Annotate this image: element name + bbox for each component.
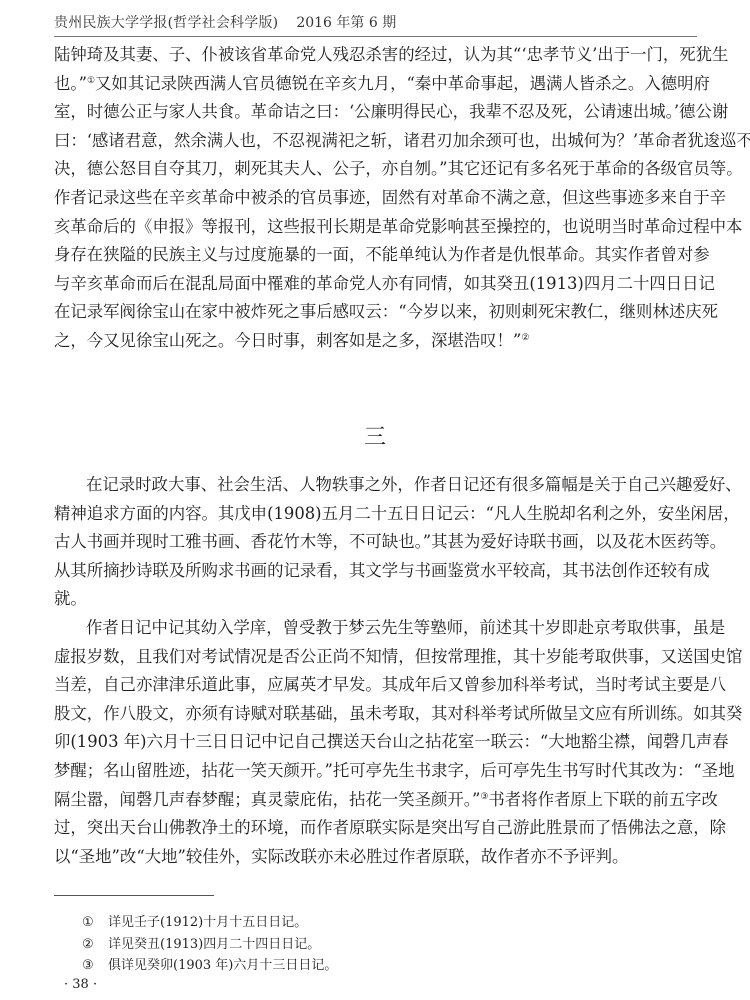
text-line: 室，时德公正与家人共食。革命诘之曰：‘公廉明得民心，我辈不忍及死，公请速出城。’… [54, 102, 697, 122]
text-line: 在记录时政大事、社会生活、人物轶事之外，作者日记还有很多篇幅是关于自己兴趣爱好、 [86, 475, 697, 495]
text-line: 就。 [54, 589, 697, 609]
text-line: 虚报岁数，且我们对考试情况是否公正尚不知情，但按常理推，其十岁能考取供事，又送国… [54, 647, 697, 667]
footnote-ref[interactable]: ③ [480, 792, 488, 802]
footnote-item: ①详见壬子(1912)十月十五日日记。 [82, 914, 307, 932]
text-line: 从其所摘抄诗联及所购求书画的记录看，其文学与书画鉴赏水平较高，其书法创作还较有成 [54, 561, 697, 581]
text-line: 梦醒；名山留胜迹，拈花一笑天颜开。”托可亭先生书隶字，后可亭先生书写时代其改为：… [54, 761, 697, 781]
footnote-mark: ③ [82, 957, 108, 975]
text-line: 之，今又见徐宝山死之。今日时事，刺客如是之多，深堪浩叹！”② [54, 331, 697, 351]
header-divider [54, 36, 697, 37]
text-line: 股文，作八股文，亦须有诗赋对联基础，虽未考取，其对科举考试所做呈文应有所训练。如… [54, 704, 697, 724]
footnote-ref[interactable]: ① [87, 76, 95, 86]
text-line: 作者记录这些在辛亥革命中被杀的官员事迹，固然有对革命不满之意，但这些事迹多来自于… [54, 188, 697, 208]
page-number: · 38 · [64, 977, 97, 992]
text-line: 精神追求方面的内容。其戊申(1908)五月二十五日日记云：“凡人生脱却名利之外，… [54, 504, 697, 524]
text-line: 曰：‘感诸君意，然余满人也，不忍视满祀之斩，诸君刃加余颈可也，出城何为？’革命者… [54, 131, 697, 151]
text-line: 亥革命后的《申报》等报刊，这些报刊长期是革命党影响甚至操控的，也说明当时革命过程… [54, 217, 697, 237]
text-line: 过，突出天台山佛教净土的环境，而作者原联实际是突出写自己游此胜景而了悟佛法之意，… [54, 818, 697, 838]
footnote-text: 详见癸丑(1913)四月二十四日日记。 [108, 937, 320, 952]
text-line: 当差，自己亦津津乐道此事，应属英才早发。其成年后又曾参加科举考试，当时考试主要是… [54, 675, 697, 695]
footnote-text: 俱详见癸卯(1903 年)六月十三日日记。 [108, 958, 337, 973]
text-line: 身存在狭隘的民族主义与过度施暴的一面，不能单纯认为作者是仇恨革命。其实作者曾对参 [54, 245, 697, 265]
footnote-ref[interactable]: ② [521, 333, 529, 343]
issue-label: 2016 年第 6 期 [296, 15, 396, 31]
text-line: 以“圣地”改“大地”较佳外，实际改联亦未必胜过作者原联，故作者亦不予评判。 [54, 847, 697, 867]
journal-title: 贵州民族大学学报(哲学社会科学版) [54, 15, 278, 31]
footnote-item: ②详见癸丑(1913)四月二十四日日记。 [82, 936, 320, 954]
text-line: 古人书画并现时工雅书画、香花竹木等，不可缺也。”其甚为爱好诗联书画，以及花木医药… [54, 532, 697, 552]
text-line: 作者日记中记其幼入学庠，曾受教于梦云先生等塾师，前述其十岁即赴京考取供事，虽是 [86, 618, 697, 638]
text-line: 与辛亥革命而后在混乱局面中罹难的革命党人亦有同情，如其癸丑(1913)四月二十四… [54, 274, 697, 294]
running-header: 贵州民族大学学报(哲学社会科学版)2016 年第 6 期 [54, 12, 396, 32]
footnote-mark: ① [82, 914, 108, 932]
footnote-item: ③俱详见癸卯(1903 年)六月十三日日记。 [82, 957, 337, 975]
text-line: 卯(1903 年)六月十三日日记中记自己撰送天台山之拈花室一联云：“大地豁尘襟，… [54, 732, 697, 752]
text-line: 隔尘嚣，闻磬几声春梦醒；真灵蒙庇佑，拈花一笑圣颜开。”③书者将作者原上下联的前五… [54, 790, 697, 810]
text-line: 在记录军阀徐宝山在家中被炸死之事后感叹云：“今岁以来，初则刺死宋教仁，继则林述庆… [54, 302, 697, 322]
text-line: 决，德公怒目自夺其刀，刺死其夫人、公子，亦自刎。”其它还记有多名死于革命的各级官… [54, 159, 697, 179]
text-line: 也。”①又如其记录陕西满人官员德锐在辛亥九月，“秦中革命事起，遇满人皆杀之。入德… [54, 74, 697, 94]
footnote-text: 详见壬子(1912)十月十五日日记。 [108, 915, 307, 930]
footnote-divider [54, 895, 214, 896]
text-line: 陆钟琦及其妻、子、仆被该省革命党人残忍杀害的经过，认为其“‘忠孝节义’出于一门，… [54, 45, 697, 65]
footnote-mark: ② [82, 936, 108, 954]
section-heading: 三 [0, 420, 750, 451]
